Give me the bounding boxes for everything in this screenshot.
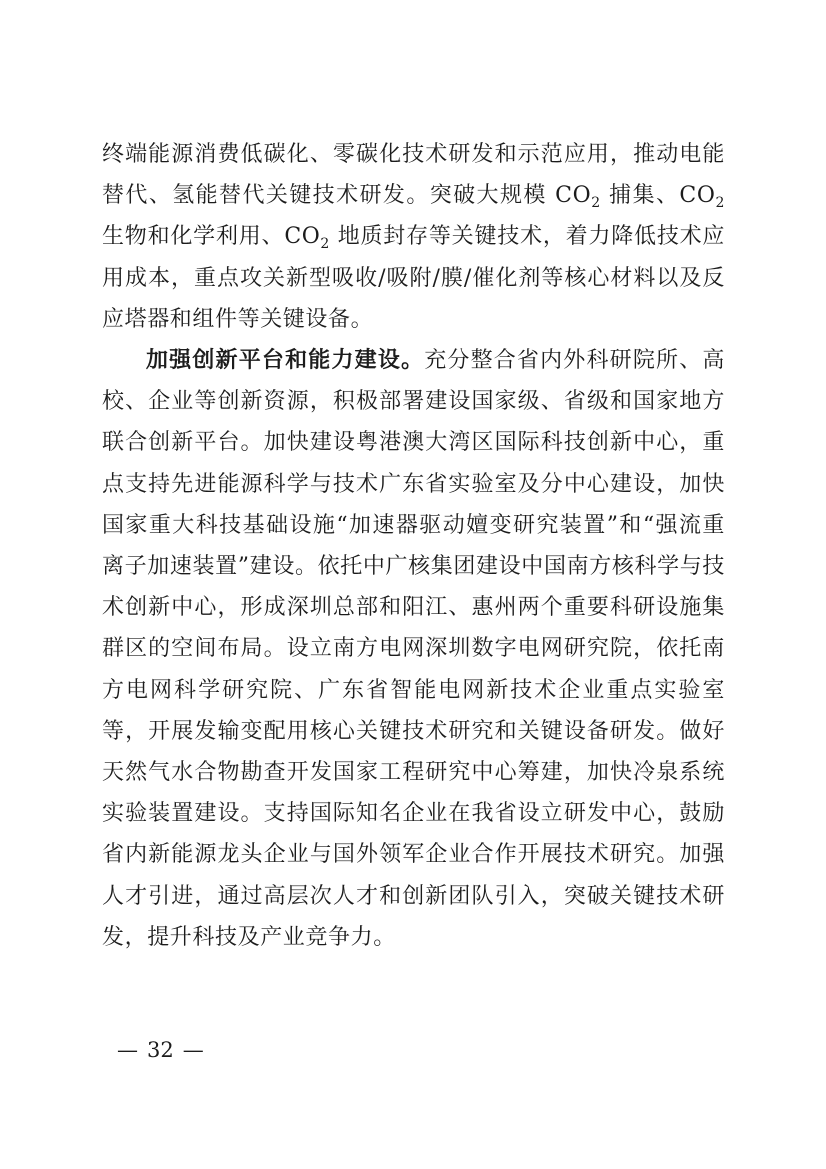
footer-left-dash: — [117, 1038, 138, 1062]
page-footer: — 32 — [117, 1038, 204, 1062]
footer-right-dash: — [183, 1038, 204, 1062]
paragraph-lead-heading: 加强创新平台和能力建设。 [146, 348, 424, 373]
co2-subscript: 2 [320, 236, 330, 252]
paragraph-text: 充分整合省内外科研院所、高校、企业等创新资源，积极部署建设国家级、省级和国家地方… [102, 348, 725, 950]
page-number: 32 [147, 1038, 174, 1062]
co2-subscript: 2 [715, 195, 725, 211]
document-page: 终端能源消费低碳化、零碳化技术研发和示范应用，推动电能替代、氢能替代关键技术研发… [0, 0, 826, 1169]
paragraph-text: 捕集、CO [601, 183, 716, 208]
co2-subscript: 2 [591, 195, 601, 211]
paragraph-innovation-platform: 加强创新平台和能力建设。充分整合省内外科研院所、高校、企业等创新资源，积极部署建… [102, 340, 725, 958]
paragraph-carbon-technology: 终端能源消费低碳化、零碳化技术研发和示范应用，推动电能替代、氢能替代关键技术研发… [102, 134, 725, 340]
paragraph-text: 生物和化学利用、CO [102, 224, 320, 249]
document-text-block: 终端能源消费低碳化、零碳化技术研发和示范应用，推动电能替代、氢能替代关键技术研发… [102, 134, 725, 958]
